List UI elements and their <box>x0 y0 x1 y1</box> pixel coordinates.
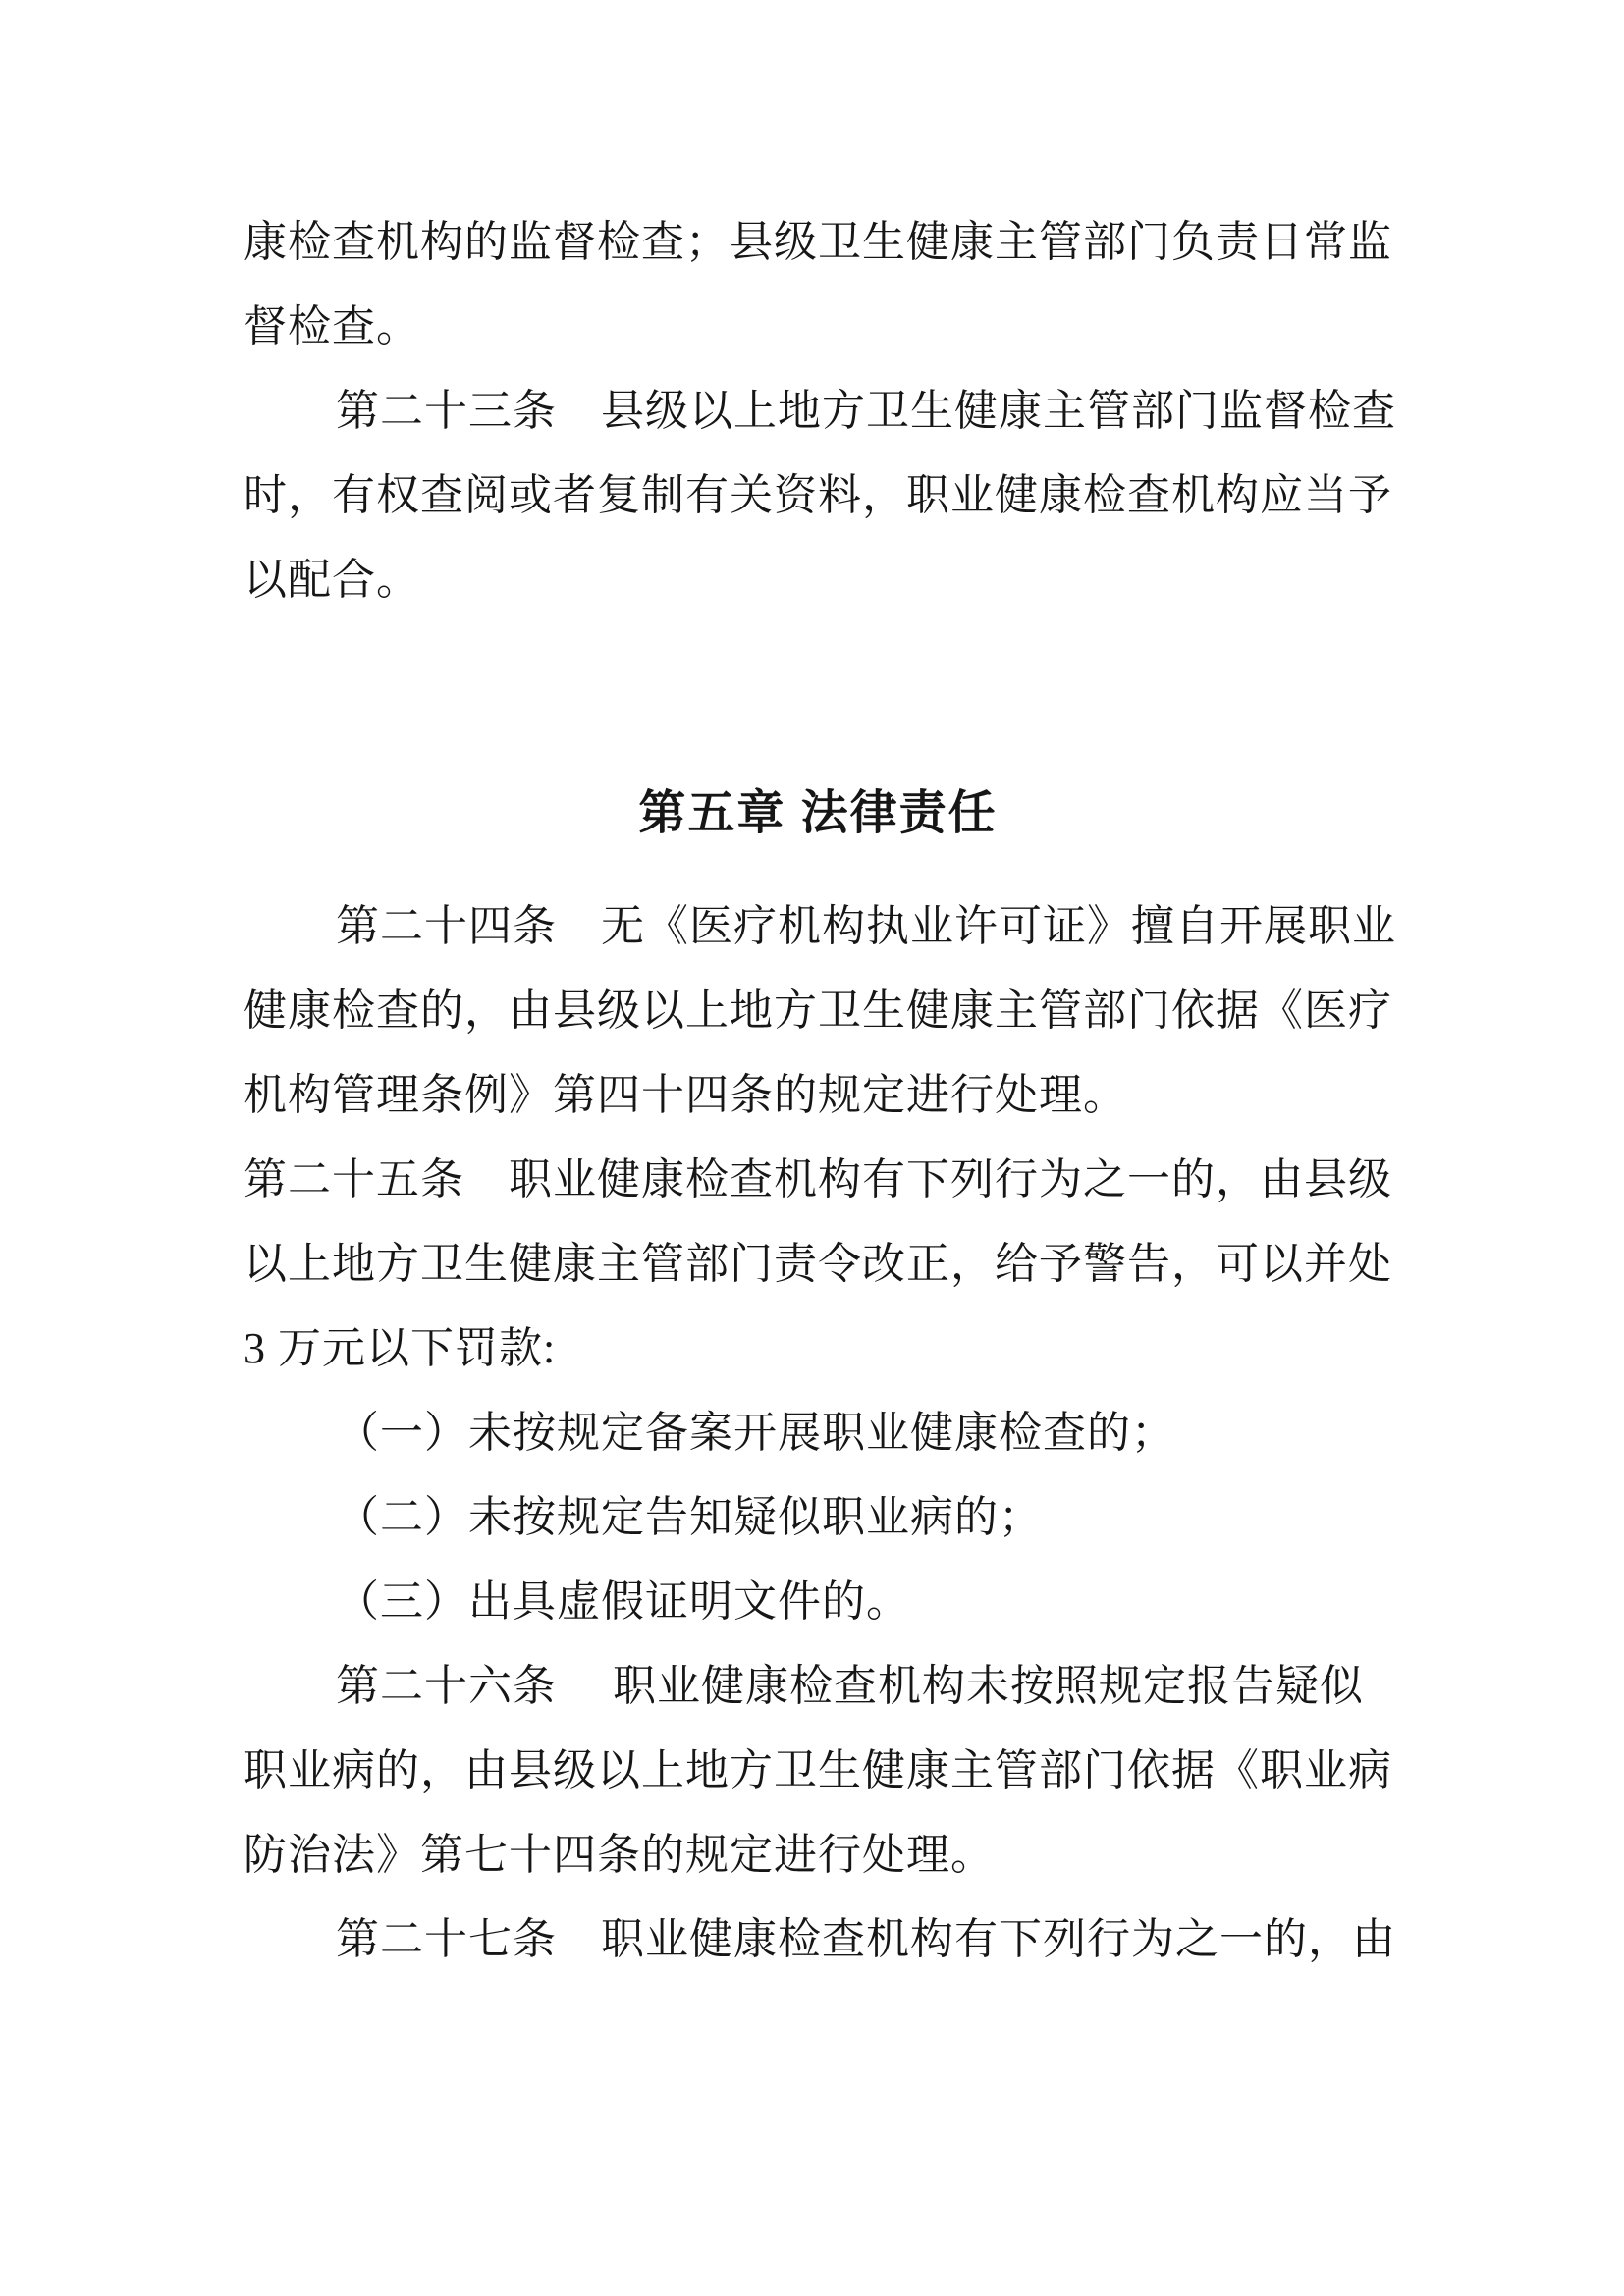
text-line: 康检查机构的监督检查；县级卫生健康主管部门负责日常监 <box>244 200 1392 285</box>
text-line: 机构管理条例》第四十四条的规定进行处理。 <box>244 1053 1392 1138</box>
text-line-item-3: （三）出具虚假证明文件的。 <box>244 1560 1392 1644</box>
text-line-item-2: （二）未按规定告知疑似职业病的； <box>244 1475 1392 1560</box>
chapter-heading: 第五章 法律责任 <box>244 770 1392 858</box>
text-line-article-27: 第二十七条 职业健康检查机构有下列行为之一的，由 <box>244 1897 1392 1982</box>
text-line: 职业病的，由县级以上地方卫生健康主管部门依据《职业病 <box>244 1729 1392 1813</box>
text-line: 健康检查的，由县级以上地方卫生健康主管部门依据《医疗 <box>244 969 1392 1053</box>
text-line: 以上地方卫生健康主管部门责令改正，给予警告，可以并处 <box>244 1222 1392 1307</box>
text-line-item-1: （一）未按规定备案开展职业健康检查的； <box>244 1391 1392 1475</box>
text-line: 3 万元以下罚款: <box>244 1307 1392 1391</box>
text-line: 督检查。 <box>244 285 1392 369</box>
text-line: 防治法》第七十四条的规定进行处理。 <box>244 1813 1392 1897</box>
document-text-block: 康检查机构的监督检查；县级卫生健康主管部门负责日常监 督检查。 第二十三条 县级… <box>244 200 1392 1982</box>
text-line-article-26: 第二十六条 职业健康检查机构未按照规定报告疑似 <box>244 1644 1392 1729</box>
text-line-article-25: 第二十五条 职业健康检查机构有下列行为之一的，由县级 <box>244 1138 1392 1222</box>
text-line-article-24: 第二十四条 无《医疗机构执业许可证》擅自开展职业 <box>244 884 1392 969</box>
document-page: 康检查机构的监督检查；县级卫生健康主管部门负责日常监 督检查。 第二十三条 县级… <box>0 0 1624 2296</box>
text-line: 以配合。 <box>244 538 1392 622</box>
text-line: 时，有权查阅或者复制有关资料，职业健康检查机构应当予 <box>244 454 1392 538</box>
text-line-article-23: 第二十三条 县级以上地方卫生健康主管部门监督检查 <box>244 369 1392 454</box>
